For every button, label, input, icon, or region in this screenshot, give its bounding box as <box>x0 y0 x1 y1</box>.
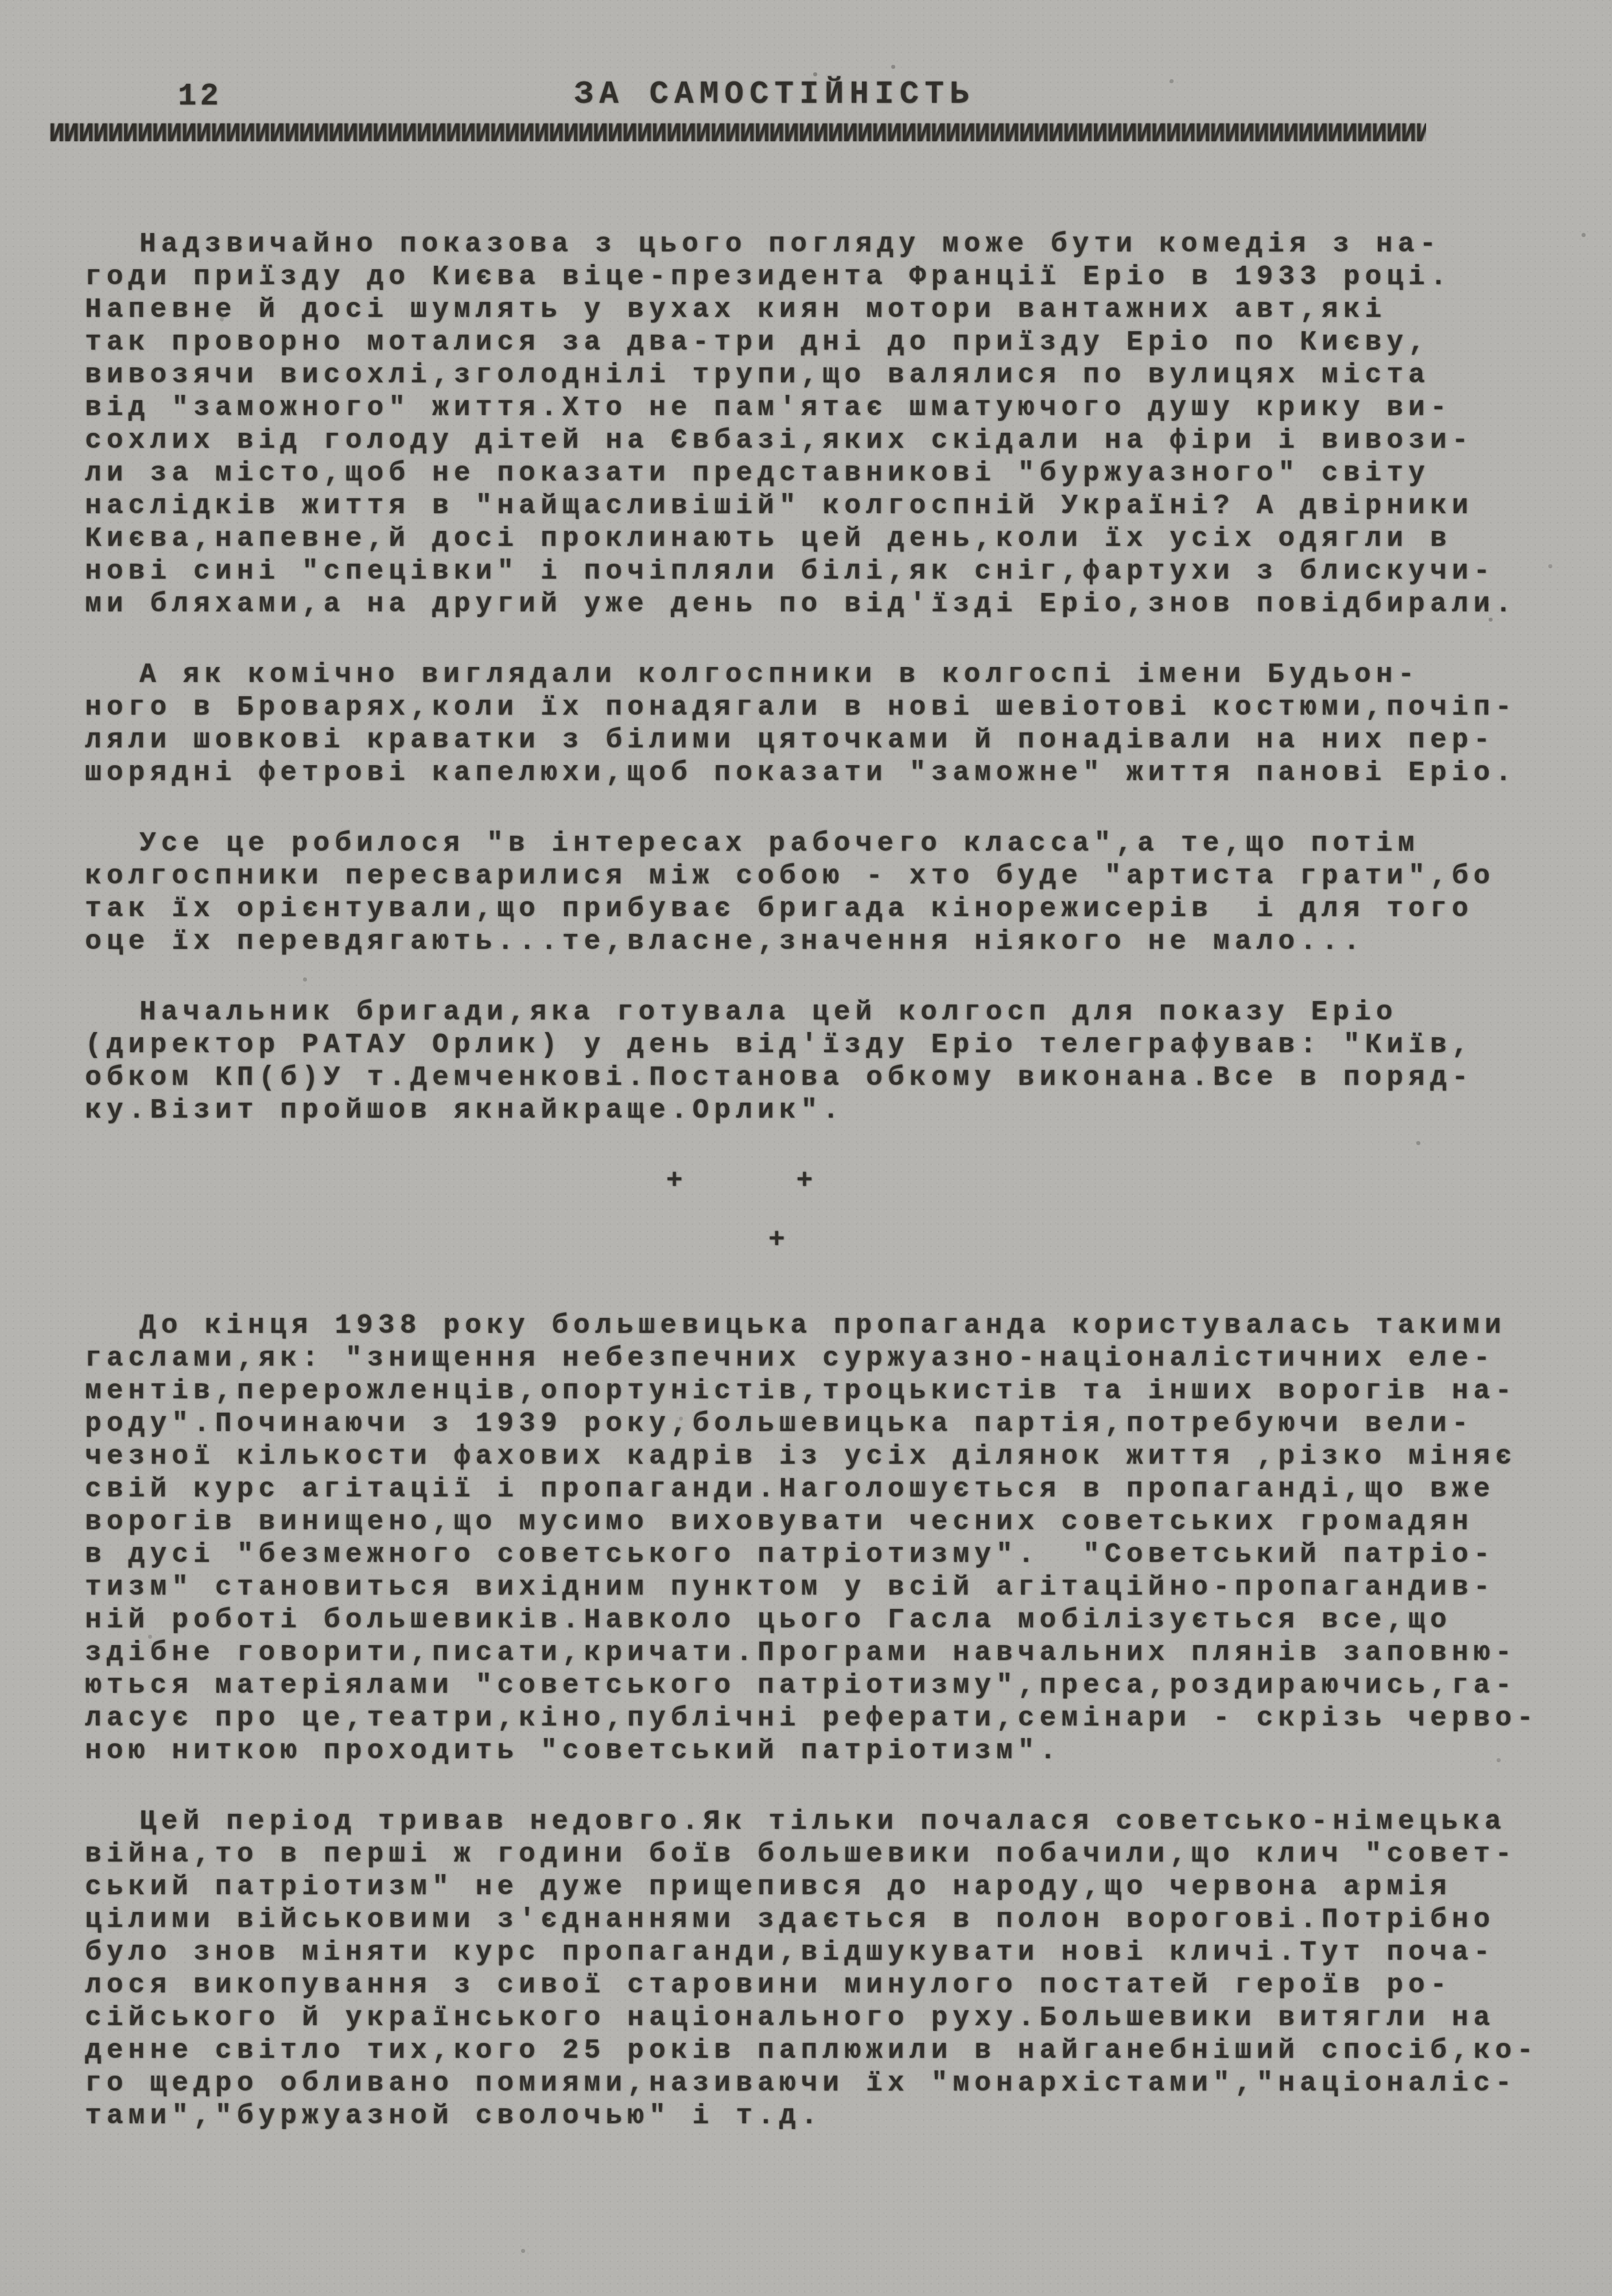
paragraph-3: Усе це робилося "в інтересах рабочего кл… <box>85 828 1571 959</box>
paragraph-2: А як комічно виглядали колгоспники в кол… <box>85 659 1571 790</box>
header-divider-rule: ИИИИИИИИИИИИИИИИИИИИИИИИИИИИИИИИИИИИИИИИ… <box>49 119 1426 149</box>
document-body: Надзвичайно показова з цього погляду мож… <box>85 228 1571 2171</box>
section-separator-double-plus: + + <box>0 1165 1485 1198</box>
scanned-document-page: 12 ЗА САМОСТІЙНІСТЬ ИИИИИИИИИИИИИИИИИИИИ… <box>0 0 1612 2296</box>
paragraph-5: До кінця 1938 року большевицька пропаган… <box>85 1310 1571 1768</box>
section-separator-single-plus: + <box>36 1224 1522 1257</box>
paragraph-4: Начальник бригади,яка готувала цей колго… <box>85 996 1571 1127</box>
page-title: ЗА САМОСТІЙНІСТЬ <box>0 76 1580 113</box>
paragraph-1: Надзвичайно показова з цього погляду мож… <box>85 228 1571 621</box>
paragraph-6: Цей період тривав недовго.Як тільки поча… <box>85 1806 1571 2133</box>
paper-specks <box>0 0 2 2</box>
